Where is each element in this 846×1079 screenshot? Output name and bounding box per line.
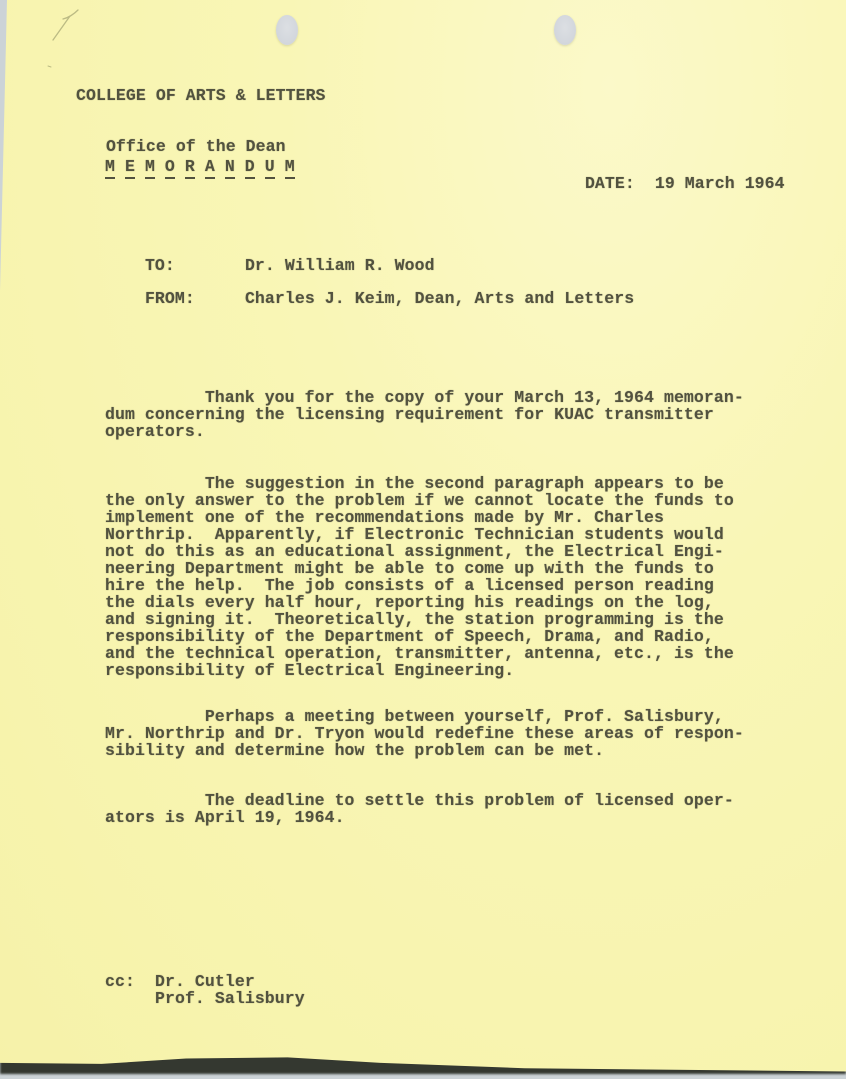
date-value: 19 March 1964: [655, 174, 785, 193]
cc-label: cc:: [105, 973, 155, 1007]
memo-title: M E M O R A N D U M: [105, 158, 295, 175]
letterhead-org: COLLEGE OF ARTS & LETTERS: [76, 87, 326, 104]
letterhead-office: Office of the Dean: [76, 138, 326, 155]
cc-block: cc:Dr. Cutler Prof. Salisbury: [105, 973, 305, 1007]
cc-names: Dr. Cutler Prof. Salisbury: [155, 973, 305, 1007]
paragraph-2: The suggestion in the second paragraph a…: [105, 475, 734, 679]
from-value: Charles J. Keim, Dean, Arts and Letters: [245, 289, 634, 308]
from-label: FROM:: [145, 290, 245, 307]
memo-page: COLLEGE OF ARTS & LETTERS Office of the …: [0, 0, 846, 1079]
hole-punch-right: [554, 15, 576, 45]
paragraph-3: Perhaps a meeting between yourself, Prof…: [105, 708, 744, 759]
paragraph-4: The deadline to settle this problem of l…: [105, 792, 734, 826]
date-label: DATE:: [585, 174, 635, 193]
from-row: FROM:Charles J. Keim, Dean, Arts and Let…: [105, 273, 634, 324]
date-row: DATE:19 March 1964: [545, 158, 785, 209]
pencil-mark: [40, 4, 90, 74]
hole-punch-left: [276, 15, 298, 45]
paragraph-1: Thank you for the copy of your March 13,…: [105, 389, 744, 440]
to-label: TO:: [145, 257, 245, 274]
